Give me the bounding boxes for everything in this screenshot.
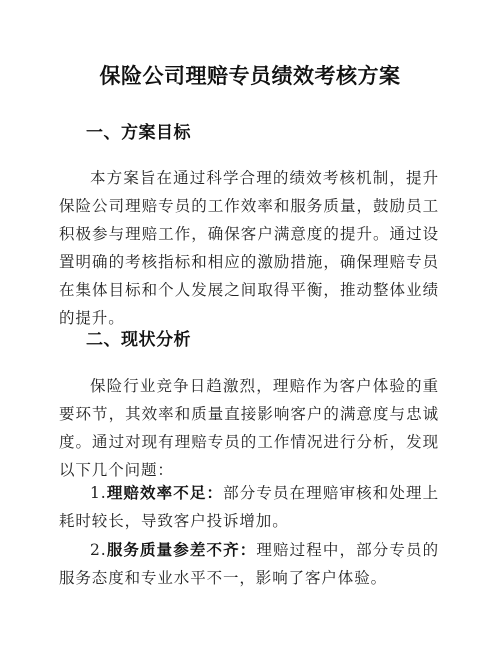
section-heading-goals: 一、方案目标 bbox=[86, 118, 191, 143]
issue-label: 理赔效率不足： bbox=[107, 484, 224, 502]
document-title: 保险公司理赔专员绩效考核方案 bbox=[0, 60, 500, 90]
issue-item-2: 2.服务质量参差不齐：理赔过程中，部分专员的服务态度和专业水平不一，影响了客户体… bbox=[59, 536, 439, 592]
issue-label: 服务质量参差不齐： bbox=[107, 541, 257, 559]
document-page: 保险公司理赔专员绩效考核方案 一、方案目标 本方案旨在通过科学合理的绩效考核机制… bbox=[0, 0, 500, 647]
status-analysis-paragraph: 保险行业竞争日趋激烈，理赔作为客户体验的重要环节，其效率和质量直接影响客户的满意… bbox=[59, 372, 439, 484]
issue-item-1: 1.理赔效率不足：部分专员在理赔审核和处理上耗时较长，导致客户投诉增加。 bbox=[59, 479, 439, 535]
issue-number: 1. bbox=[90, 484, 107, 502]
section-heading-status-analysis: 二、现状分析 bbox=[86, 325, 191, 350]
goals-paragraph: 本方案旨在通过科学合理的绩效考核机制，提升保险公司理赔专员的工作效率和服务质量，… bbox=[59, 164, 439, 332]
issue-number: 2. bbox=[90, 541, 107, 559]
